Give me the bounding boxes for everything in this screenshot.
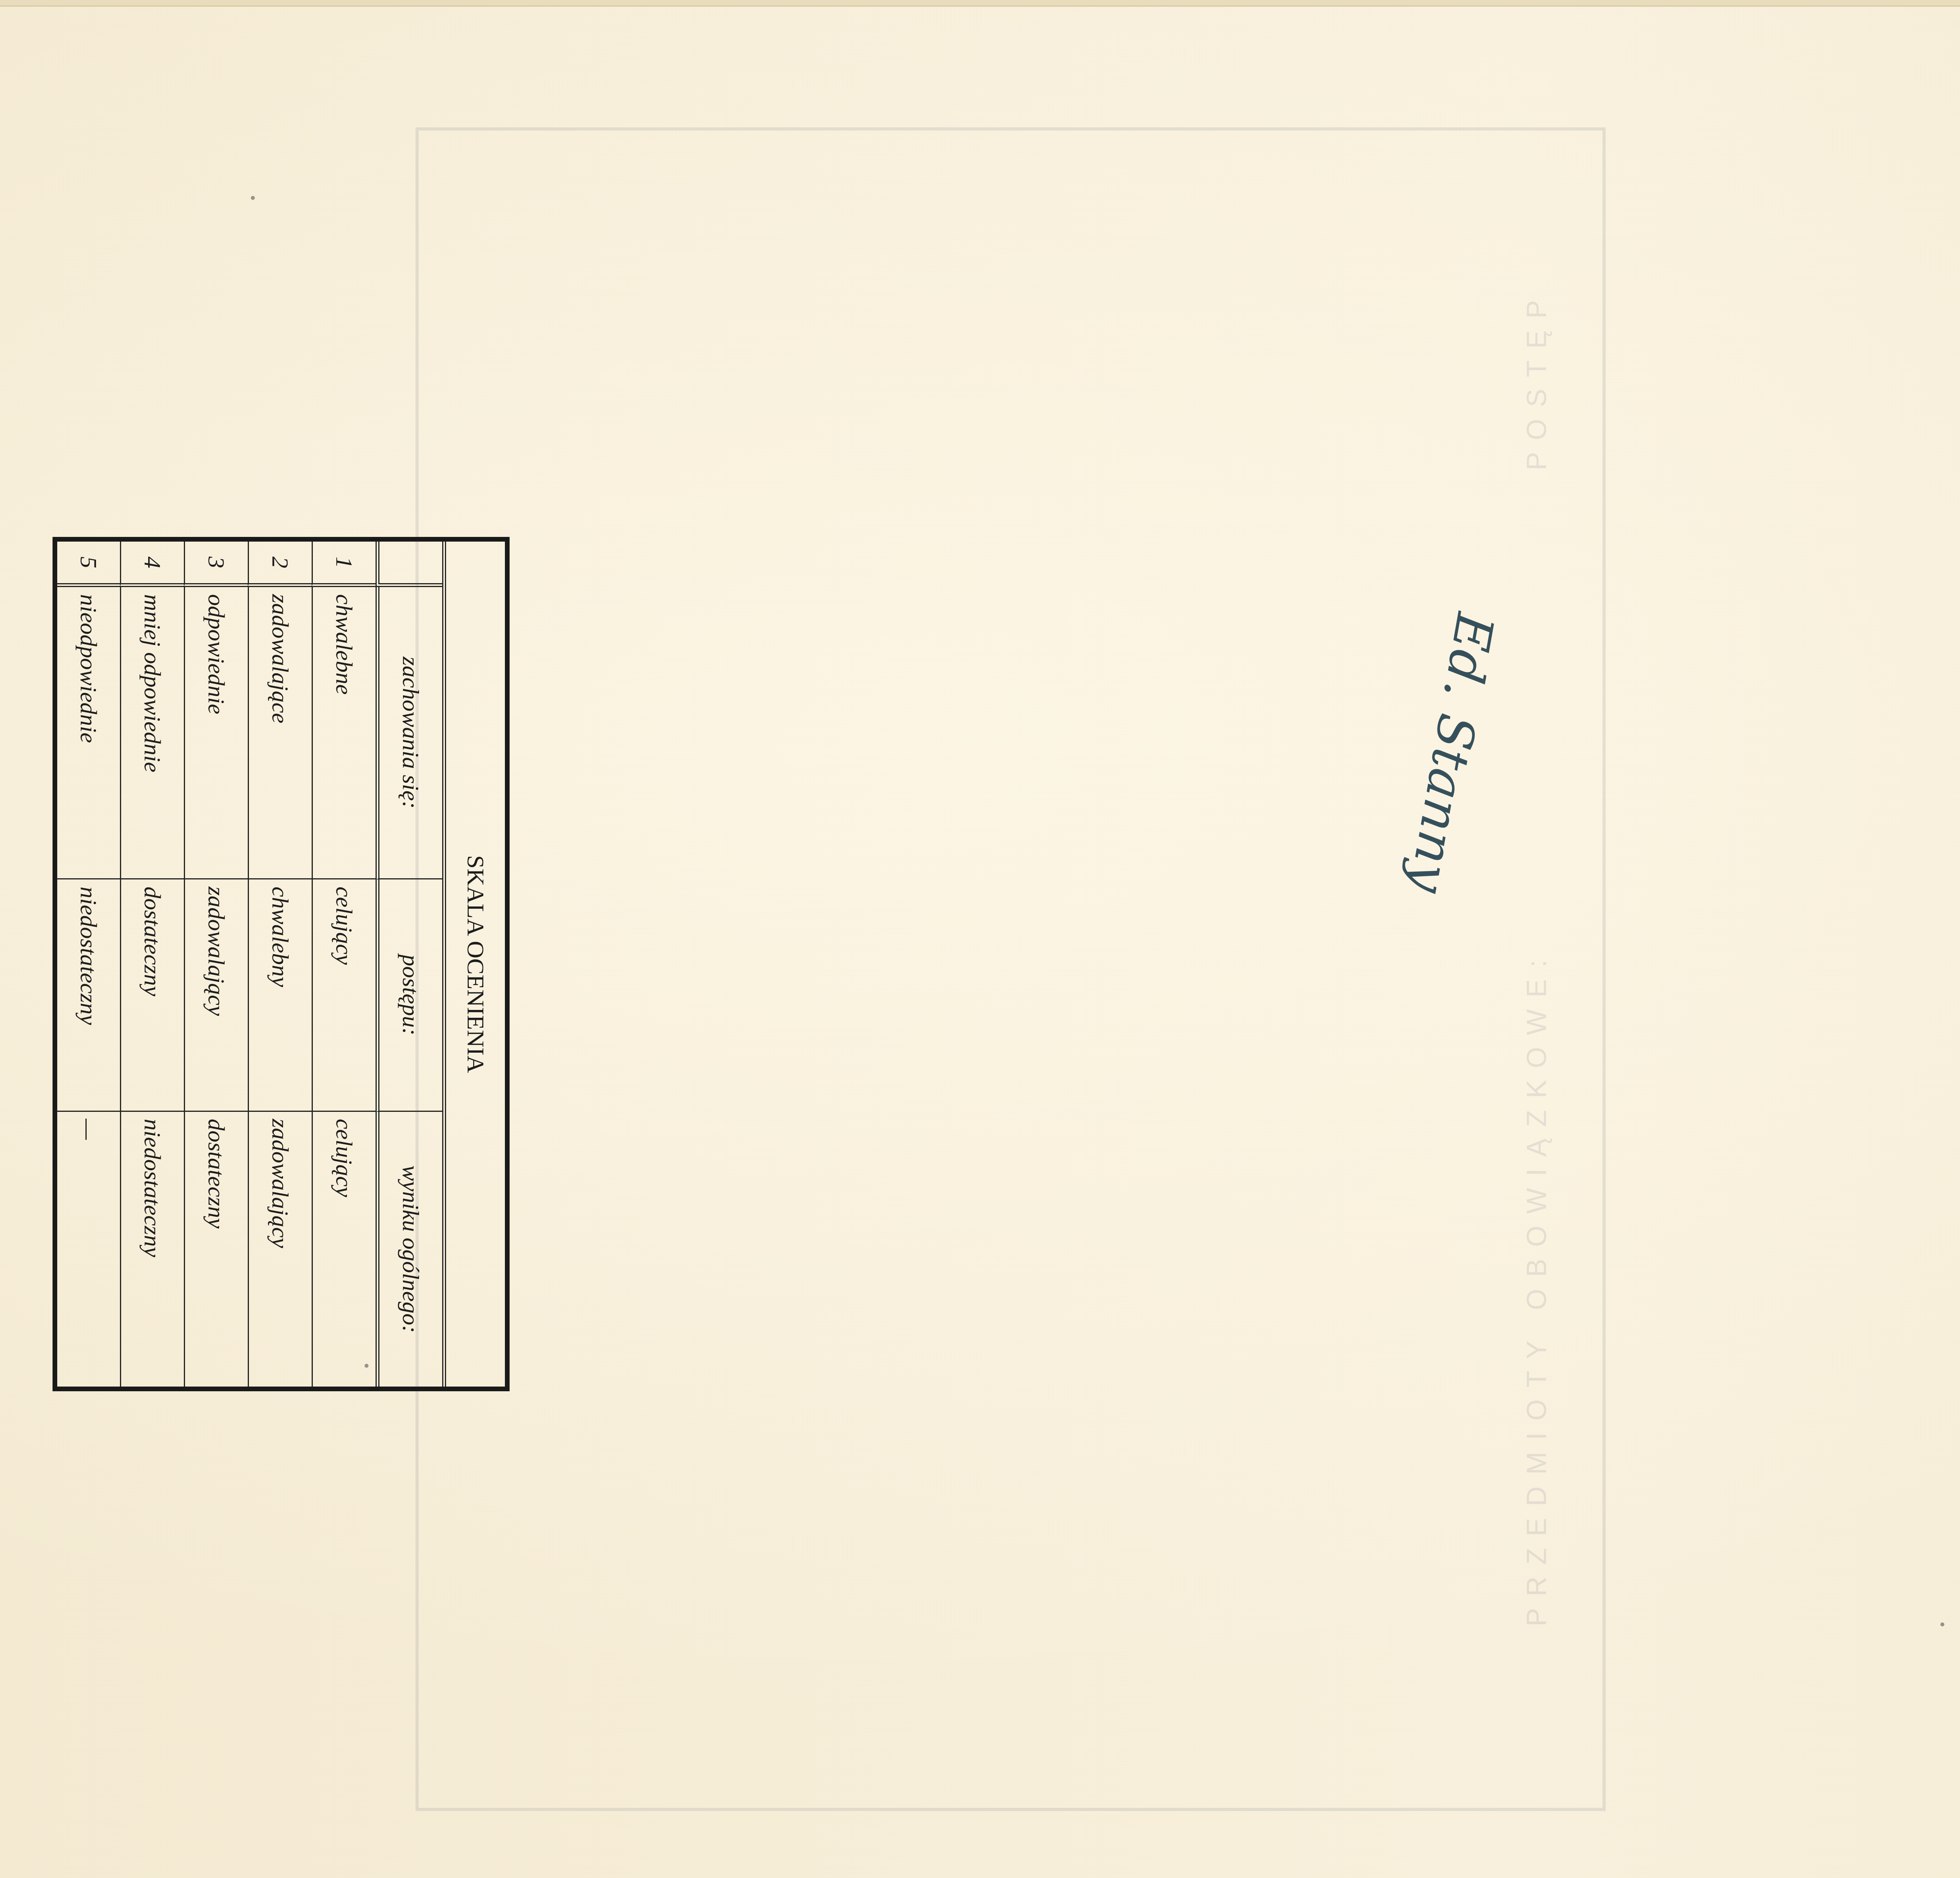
paper-speck bbox=[1940, 1622, 1944, 1626]
grade-number: 1 bbox=[312, 542, 376, 587]
progress-cell: dostateczny bbox=[120, 879, 184, 1112]
behavior-cell: zadowalające bbox=[248, 587, 312, 879]
show-through-frame bbox=[416, 127, 1606, 1811]
column-header-overall: wyniku ogólnego: bbox=[376, 1112, 442, 1387]
behavior-cell: nieodpowiednie bbox=[57, 587, 120, 879]
table-row: 1 chwalebne celujący celujący bbox=[312, 542, 376, 1387]
progress-cell: niedostateczny bbox=[57, 879, 120, 1112]
table-row: 4 mniej odpowiednie dostateczny niedosta… bbox=[120, 542, 184, 1387]
overall-cell: dostateczny bbox=[184, 1112, 248, 1387]
overall-cell: — bbox=[57, 1112, 120, 1387]
grading-scale-table: SKALA OCENIENIA zachowania się: postępu:… bbox=[53, 537, 510, 1391]
behavior-cell: odpowiednie bbox=[184, 587, 248, 879]
overall-cell: niedostateczny bbox=[120, 1112, 184, 1387]
show-through-heading: PRZEDMIOTY OBOWIĄZKOWE: bbox=[1521, 948, 1552, 1626]
grade-number: 5 bbox=[57, 542, 120, 587]
overall-cell: zadowalający bbox=[248, 1112, 312, 1387]
paper-speck bbox=[365, 1364, 368, 1368]
column-header-progress: postępu: bbox=[376, 879, 442, 1112]
grade-number: 2 bbox=[248, 542, 312, 587]
progress-cell: zadowalający bbox=[184, 879, 248, 1112]
table-row: 3 odpowiednie zadowalający dostateczny bbox=[184, 542, 248, 1387]
grade-number: 3 bbox=[184, 542, 248, 587]
column-header-behavior: zachowania się: bbox=[376, 587, 442, 879]
show-through-heading-2: POSTĘP bbox=[1521, 288, 1552, 470]
grade-number: 4 bbox=[120, 542, 184, 587]
progress-cell: celujący bbox=[312, 879, 376, 1112]
progress-cell: chwalebny bbox=[248, 879, 312, 1112]
behavior-cell: mniej odpowiednie bbox=[120, 587, 184, 879]
column-header-num bbox=[376, 542, 442, 587]
behavior-cell: chwalebne bbox=[312, 587, 376, 879]
table-row: 5 nieodpowiednie niedostateczny — bbox=[57, 542, 120, 1387]
grading-scale-title: SKALA OCENIENIA bbox=[442, 542, 505, 1387]
overall-cell: celujący bbox=[312, 1112, 376, 1387]
page-top-edge bbox=[0, 0, 1960, 7]
table-row: 2 zadowalające chwalebny zadowalający bbox=[248, 542, 312, 1387]
paper-speck bbox=[251, 196, 255, 200]
